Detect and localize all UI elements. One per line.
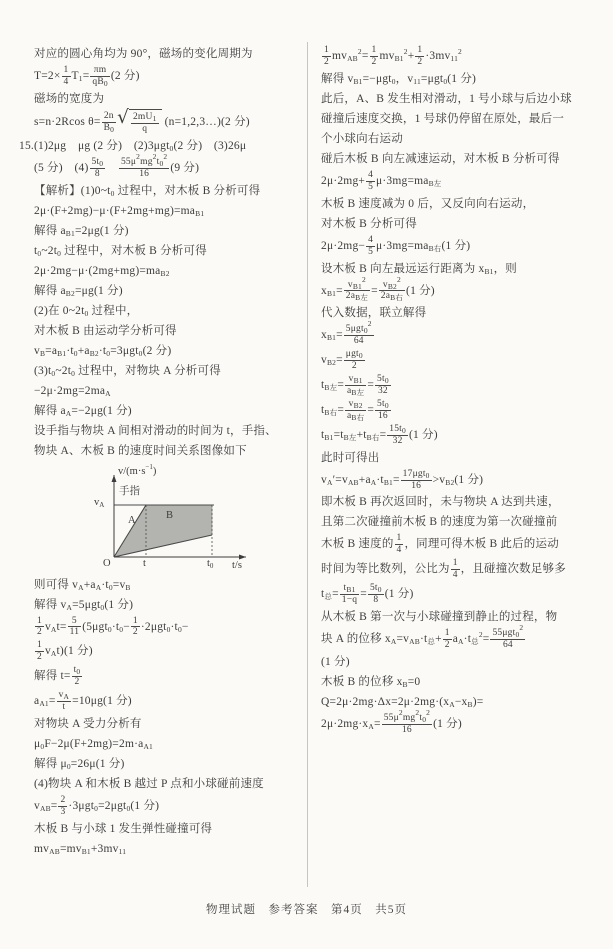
text-line: 15.(1)2μg μg (2 分) (2)3μgt0(2 分) (3)26μ: [34, 136, 308, 156]
text-line: 解得 aB2=μg(1 分): [34, 281, 308, 301]
text-line: 12vAt)(1 分): [34, 639, 308, 664]
text-line: vA′=vAB+aA·tB1=17μgt016>vB2(1 分): [321, 468, 599, 493]
text-line: 2μ·2mg·xA=55μ2mg2t0216(1 分): [321, 712, 599, 737]
text-line: 此时可得出: [321, 448, 599, 468]
shaded-region: [114, 505, 212, 557]
text-line: 对应的圆心角均为 90°，磁场的变化周期为: [34, 44, 308, 64]
text-line: 则可得 vA+aA·t0=vB: [34, 575, 308, 595]
text-line: 【解析】(1)0~t0 过程中，对木板 B 分析可得: [34, 181, 308, 201]
text-line: 木板 B 速度的14，同理可得木板 B 此后的运动: [321, 532, 599, 557]
x-arrow: [239, 554, 246, 559]
text-line: vB=aB1·t0+aB2·t0=3μgt0(2 分): [34, 341, 308, 361]
right-text-block: 12mvAB2=12mvB12+12·3mv112解得 vB1=−μgt0，v1…: [321, 44, 599, 737]
left-column: 对应的圆心角均为 90°，磁场的变化周期为T=2×14T1=πmqB0(2 分)…: [34, 44, 308, 859]
t-tick-label: t: [143, 558, 146, 569]
text-line: (3)t0~2t0 过程中，对物块 A 分析可得: [34, 361, 308, 381]
graph-canvas: [86, 465, 276, 573]
text-line: 木板 B 速度减为 0 后，又反向向右运动，: [321, 194, 599, 214]
origin-label: O: [103, 558, 111, 569]
right-column: 12mvAB2=12mvB12+12·3mv112解得 vB1=−μgt0，v1…: [321, 44, 599, 737]
text-line: 2μ·2mg+45μ·3mg=maB左: [321, 169, 599, 194]
text-line: 对物块 A 受力分析有: [34, 714, 308, 734]
text-line: (2)在 0~2t0 过程中，: [34, 301, 308, 321]
text-line: 2μ·2mg−45μ·3mg=maB右(1 分): [321, 234, 599, 259]
page-footer: 物理试题 参考答案 第4页 共5页: [0, 901, 613, 917]
text-line: (5 分) (4)5t08 55μ2mg2t0216(9 分): [34, 156, 308, 181]
text-line: 对木板 B 分析可得: [321, 214, 599, 234]
text-line: 物块 A、木板 B 的速度时间关系图像如下: [34, 441, 308, 461]
text-line: 从木板 B 第一次与小球碰撞到静止的过程，物: [321, 607, 599, 627]
text-line: 木板 B 的位移 xB=0: [321, 672, 599, 692]
text-line: s=n·2Rcos θ=2nB0√2mU1q (n=1,2,3…)(2 分): [34, 109, 308, 136]
text-line: T=2×14T1=πmqB0(2 分): [34, 64, 308, 89]
text-line: 代入数据，联立解得: [321, 303, 599, 323]
text-line: 木板 B 与小球 1 发生弹性碰撞可得: [34, 819, 308, 839]
text-line: Q=2μ·2mg·Δx=2μ·2mg·(xA−xB)=: [321, 692, 599, 712]
velocity-time-graph: v/(m·s−1) 手指 vA A B O t t0 t/s: [86, 465, 276, 573]
text-line: 设手指与物块 A 间相对滑动的时间为 t，手指、: [34, 421, 308, 441]
text-line: 解得 t=t02: [34, 664, 308, 689]
y-arrow: [112, 475, 117, 482]
text-line: 解得 aA=−2μg(1 分): [34, 401, 308, 421]
text-line: mvAB=mvB1+3mv11: [34, 839, 308, 859]
text-line: vAB=23·3μgt0=2μgt0(1 分): [34, 794, 308, 819]
text-line: 此后，A、B 发生相对滑动，1 号小球与后边小球: [321, 89, 599, 109]
finger-label: 手指: [119, 483, 140, 498]
text-line: 对木板 B 由运动学分析可得: [34, 321, 308, 341]
region-A-label: A: [128, 515, 136, 526]
text-line: (4)物块 A 和木板 B 越过 P 点和小球碰前速度: [34, 774, 308, 794]
text-line: 解得 μ0=26μ(1 分): [34, 754, 308, 774]
text-line: 12vAt=511(5μgt0·t0−12·2μgt0·t0−: [34, 615, 308, 640]
text-line: 解得 aB1=2μg(1 分): [34, 221, 308, 241]
text-line: μ0F−2μ(F+2mg)=2m·aA1: [34, 734, 308, 754]
text-line: t0~2t0 过程中，对木板 B 分析可得: [34, 241, 308, 261]
text-line: vB2=μgt02: [321, 348, 599, 373]
text-line: 2μ·(F+2mg)−μ·(F+2mg+mg)=maB1: [34, 201, 308, 221]
text-line: tB右=vB2aB右=5t016: [321, 398, 599, 423]
text-line: xB1=5μgt0264: [321, 323, 599, 348]
y-axis-label: v/(m·s−1): [118, 466, 156, 477]
text-line: 2μ·2mg−μ·(2mg+mg)=maB2: [34, 261, 308, 281]
region-B-label: B: [166, 510, 173, 521]
text-line: (1 分): [321, 652, 599, 672]
text-line: 时间为等比数列，公比为14，且碰撞次数足够多: [321, 557, 599, 582]
text-line: tB左=vB1aB左=5t032: [321, 373, 599, 398]
text-line: 即木板 B 再次返回时，未与物块 A 达到共速，: [321, 492, 599, 512]
t0-tick-label: t0: [207, 558, 213, 569]
text-line: xB1=vB122aB左=vB222aB右(1 分): [321, 279, 599, 304]
text-line: 碰后木板 B 向左减速运动，对木板 B 分析可得: [321, 149, 599, 169]
text-line: −2μ·2mg=2maA: [34, 381, 308, 401]
left-text-block-bottom: 则可得 vA+aA·t0=vB解得 vA=5μgt0(1 分)12vAt=511…: [34, 575, 308, 859]
left-text-block-top: 对应的圆心角均为 90°，磁场的变化周期为T=2×14T1=πmqB0(2 分)…: [34, 44, 308, 461]
text-line: 解得 vB1=−μgt0，v11=μgt0(1 分): [321, 69, 599, 89]
text-line: 碰撞后速度交换，1 号球仍停留在原处，最后一: [321, 109, 599, 129]
text-line: 12mvAB2=12mvB12+12·3mv112: [321, 44, 599, 69]
vA-label: vA: [94, 497, 104, 508]
text-line: t总=tB11−q=5t08(1 分): [321, 582, 599, 607]
text-line: aA1=vAt=10μg(1 分): [34, 689, 308, 714]
text-line: 且第二次碰撞前木板 B 的速度为第一次碰撞前: [321, 512, 599, 532]
text-line: 解得 vA=5μgt0(1 分): [34, 595, 308, 615]
text-line: 块 A 的位移 xA=vAB·t总+12aA·t总2=55μgt0264: [321, 627, 599, 652]
text-line: 磁场的宽度为: [34, 89, 308, 109]
x-axis-label: t/s: [232, 560, 242, 571]
text-line: 个小球向右运动: [321, 129, 599, 149]
scanned-answer-page: 对应的圆心角均为 90°，磁场的变化周期为T=2×14T1=πmqB0(2 分)…: [0, 0, 613, 949]
text-line: tB1=tB左+tB右=15t032(1 分): [321, 423, 599, 448]
